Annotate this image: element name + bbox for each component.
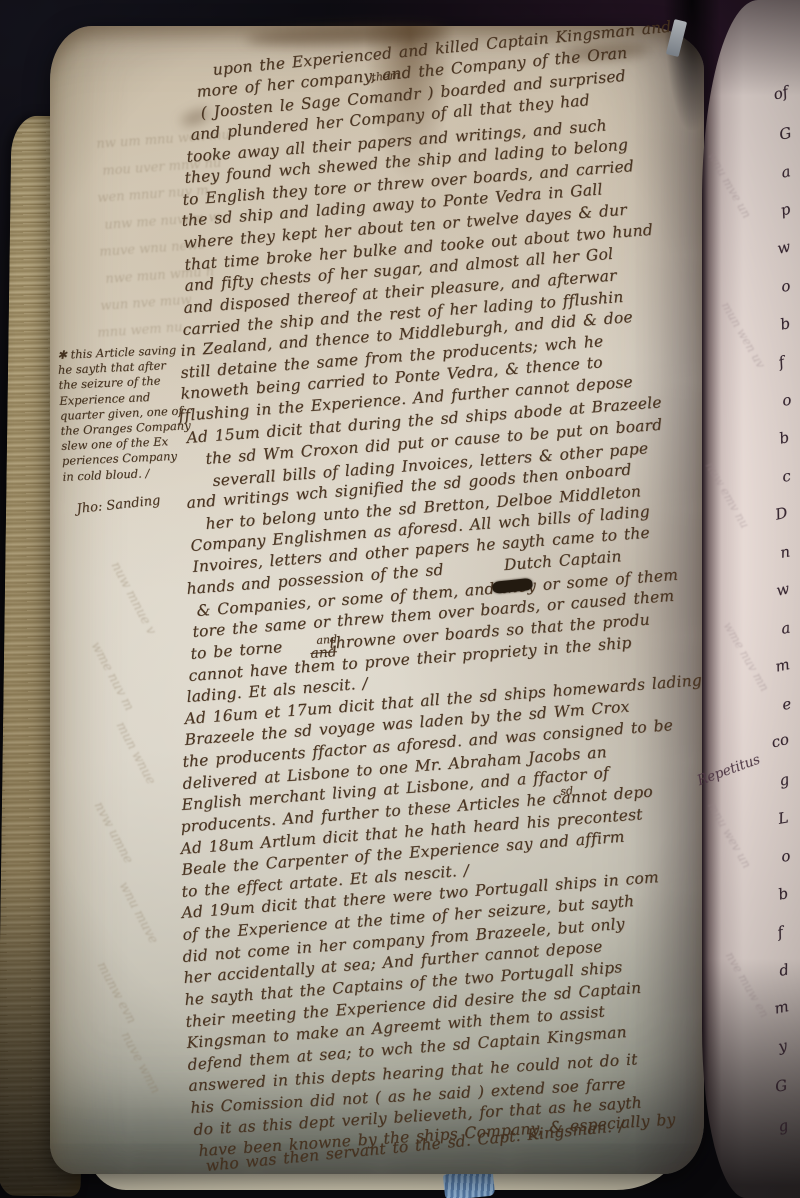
left-page bbox=[50, 26, 704, 1174]
gutter-shadow bbox=[664, 0, 720, 130]
right-page bbox=[702, 0, 800, 1198]
manuscript-photo: { "scene": { "background_color": "#0b0a0… bbox=[0, 0, 800, 1198]
